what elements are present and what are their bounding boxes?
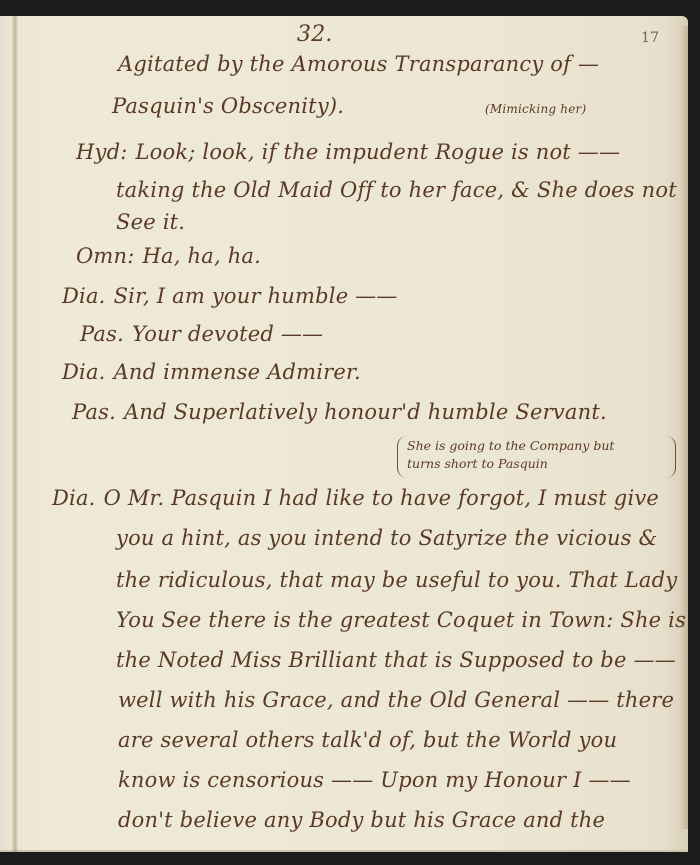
speaker-label: Omn: xyxy=(76,244,135,268)
manuscript-line: Agitated by the Amorous Transparancy of … xyxy=(118,52,599,76)
manuscript-line: well with his Grace, and the Old General… xyxy=(118,688,674,712)
manuscript-line: are several others talk'd of, but the Wo… xyxy=(118,728,617,752)
stage-direction-aside-line1: She is going to the Company but xyxy=(407,438,614,453)
manuscript-line: You See there is the greatest Coquet in … xyxy=(116,608,686,632)
stage-direction-mimicking: (Mimicking her) xyxy=(485,102,586,116)
manuscript-line: don't believe any Body but his Grace and… xyxy=(118,808,605,832)
stage-direction-aside-line2: turns short to Pasquin xyxy=(407,456,548,471)
manuscript-page: 32. 17 Agitated by the Amorous Transpara… xyxy=(0,16,688,852)
dialogue-line: Pas.Your devoted —— xyxy=(80,322,323,346)
dialogue-line: Dia.And immense Admirer. xyxy=(62,360,361,384)
speaker-label: Dia. xyxy=(52,486,96,510)
manuscript-line: know is censorious —— Upon my Honour I —… xyxy=(118,768,631,792)
manuscript-line: the ridiculous, that may be useful to yo… xyxy=(116,568,677,592)
speaker-label: Dia. xyxy=(62,284,106,308)
dialogue-line: Dia.Sir, I am your humble —— xyxy=(62,284,398,308)
dialogue-line: Omn:Ha, ha, ha. xyxy=(76,244,261,268)
page-number: 32. xyxy=(297,22,333,47)
dialogue-line: Dia.O Mr. Pasquin I had like to have for… xyxy=(52,486,659,510)
speaker-label: Pas. xyxy=(72,400,116,424)
manuscript-line: See it. xyxy=(116,210,185,234)
manuscript-line: taking the Old Maid Off to her face, & S… xyxy=(116,178,677,202)
folio-number: 17 xyxy=(641,30,659,46)
speaker-label: Dia. xyxy=(62,360,106,384)
speaker-label: Hyd: xyxy=(76,140,128,164)
manuscript-line: you a hint, as you intend to Satyrize th… xyxy=(116,526,657,550)
dialogue-line: Pas.And Superlatively honour'd humble Se… xyxy=(72,400,607,424)
page-edge xyxy=(680,26,688,829)
binding-gutter xyxy=(12,16,18,852)
manuscript-line: Pasquin's Obscenity). xyxy=(112,94,344,118)
manuscript-line: the Noted Miss Brilliant that is Suppose… xyxy=(116,648,676,672)
speaker-label: Pas. xyxy=(80,322,124,346)
dialogue-line: Hyd:Look; look, if the impudent Rogue is… xyxy=(76,140,620,164)
